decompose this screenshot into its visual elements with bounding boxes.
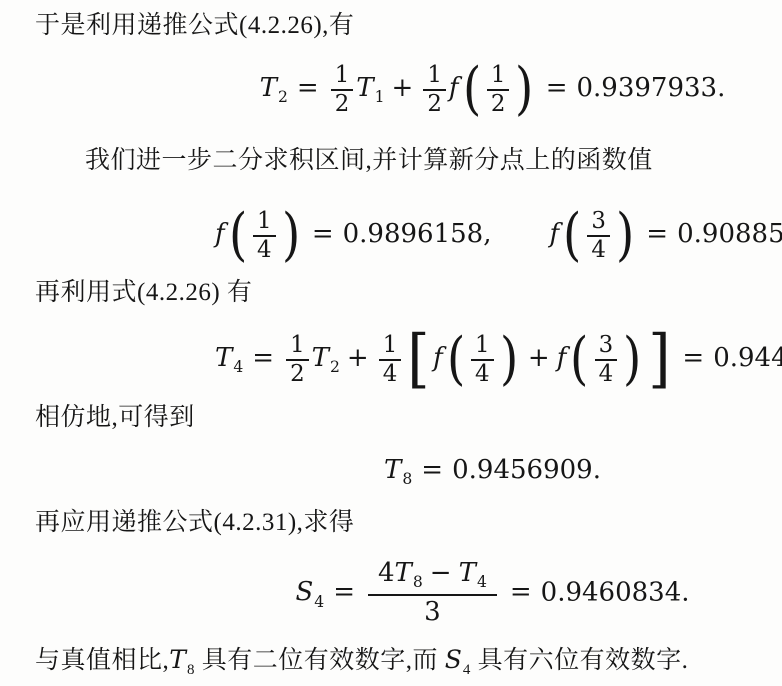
- fraction-denominator: 3: [368, 596, 497, 628]
- equals-sign: =: [297, 73, 319, 103]
- math-value: 0.9896158,: [343, 219, 492, 249]
- math-var: T: [459, 558, 476, 588]
- fraction-denominator: 4: [595, 361, 618, 386]
- fraction-one-quarter: 14: [379, 332, 402, 386]
- fraction-numerator: 3: [595, 332, 618, 361]
- math-function-f: f: [549, 219, 559, 249]
- paragraph-similarly: 相仿地,可得到: [35, 400, 770, 436]
- math-var: T: [312, 343, 329, 373]
- conclusion-text: 与真值相比,: [35, 647, 169, 674]
- math-subscript: 4: [314, 593, 324, 611]
- math-term-T8: T8: [384, 455, 412, 485]
- fraction-denominator: 2: [286, 361, 309, 386]
- paragraph-bisect-interval: 我们进一步二分求积区间,并计算新分点上的函数值: [35, 143, 770, 179]
- equals-sign: =: [333, 577, 355, 607]
- plus-sign: +: [347, 343, 369, 373]
- minus-sign: −: [430, 558, 452, 588]
- math-subscript: 4: [233, 358, 243, 376]
- fraction-numerator: 1: [331, 62, 354, 91]
- paragraph-conclusion: 与真值相比,T8 具有二位有效数字,而 S4 具有六位有效数字.: [35, 642, 770, 679]
- fraction-numerator: 1: [471, 332, 494, 361]
- equals-sign: =: [646, 219, 668, 249]
- math-value: 0.9397933.: [576, 73, 725, 103]
- fraction-denominator: 4: [471, 361, 494, 386]
- fraction-denominator: 2: [331, 91, 354, 116]
- math-term-T4: T4: [215, 343, 243, 373]
- equals-sign: =: [510, 577, 532, 607]
- math-term-S4: S4: [295, 577, 324, 607]
- equation-t8: T8=0.9456909.: [215, 452, 770, 488]
- math-value: 0.9456909.: [452, 455, 601, 485]
- fraction-denominator: 2: [487, 91, 510, 116]
- equals-sign: =: [546, 73, 568, 103]
- fraction-one-half: 12: [423, 62, 446, 116]
- math-var: T: [384, 455, 401, 485]
- math-function-f: f: [449, 73, 459, 103]
- plus-sign: +: [392, 73, 414, 103]
- equation-f-values: f(14)=0.9896158,f(34)=0.9088516.: [215, 205, 770, 263]
- equation-s4: S4=4T8−T43=0.9460834.: [215, 559, 770, 628]
- math-value: 0.9088516.: [677, 219, 782, 249]
- fraction-one-half: 12: [331, 62, 354, 116]
- math-var: T: [260, 73, 277, 103]
- equals-sign: =: [312, 219, 334, 249]
- fraction-numerator: 1: [487, 62, 510, 91]
- textbook-page: 于是利用递推公式(4.2.26),有 T2=12T1+12f(12)=0.939…: [35, 8, 770, 679]
- paragraph-intro-recursion: 于是利用递推公式(4.2.26),有: [35, 8, 770, 44]
- fraction-numerator: 1: [286, 332, 309, 361]
- math-var-S: S: [445, 645, 462, 674]
- math-function-f: f: [557, 343, 567, 373]
- conclusion-text: 具有二位有效数字,而: [195, 647, 445, 674]
- math-subscript: 4: [463, 662, 471, 678]
- math-var: T: [395, 558, 412, 588]
- fraction-one-half: 12: [487, 62, 510, 116]
- equals-sign: =: [421, 455, 443, 485]
- math-value: 0.9445135.: [713, 343, 782, 373]
- equation-t4: T4=12T2+14[f(14)+f(34)]=0.9445135.: [215, 329, 770, 387]
- plus-sign: +: [528, 343, 550, 373]
- math-var-T: T: [169, 645, 186, 674]
- conclusion-text: 具有六位有效数字.: [471, 647, 689, 674]
- math-function-f: f: [433, 343, 443, 373]
- fraction-denominator: 4: [379, 361, 402, 386]
- math-subscript: 1: [375, 88, 385, 106]
- fraction-numerator: 3: [587, 208, 610, 237]
- fraction-one-quarter: 14: [471, 332, 494, 386]
- fraction-denominator: 2: [423, 91, 446, 116]
- fraction-romberg: 4T8−T43: [368, 559, 497, 628]
- math-subscript: 4: [477, 573, 487, 591]
- paragraph-use-formula-again: 再利用式(4.2.26) 有: [35, 275, 770, 311]
- fraction-numerator: 1: [379, 332, 402, 361]
- math-value: 0.9460834.: [541, 577, 690, 607]
- math-subscript: 2: [330, 358, 340, 376]
- fraction-one-half: 12: [286, 332, 309, 386]
- equals-sign: =: [252, 343, 274, 373]
- math-var: T: [356, 73, 373, 103]
- fraction-three-quarters: 34: [587, 208, 610, 262]
- fraction-numerator: 4T8−T4: [368, 559, 497, 596]
- math-term-T2: T2: [312, 343, 340, 373]
- fraction-denominator: 4: [587, 237, 610, 262]
- math-subscript: 8: [402, 470, 412, 488]
- math-var: T: [215, 343, 232, 373]
- equation-t2: T2=12T1+12f(12)=0.9397933.: [215, 59, 770, 117]
- fraction-one-quarter: 14: [253, 208, 276, 262]
- fraction-numerator: 1: [253, 208, 276, 237]
- math-subscript: 8: [413, 573, 423, 591]
- math-term-T2: T2: [260, 73, 288, 103]
- math-subscript: 2: [278, 88, 288, 106]
- paragraph-apply-romberg: 再应用递推公式(4.2.31),求得: [35, 505, 770, 541]
- fraction-three-quarters: 34: [595, 332, 618, 386]
- equals-sign: =: [682, 343, 704, 373]
- math-function-f: f: [215, 219, 225, 249]
- math-coefficient: 4: [378, 558, 395, 588]
- math-term-T1: T1: [356, 73, 384, 103]
- fraction-denominator: 4: [253, 237, 276, 262]
- math-subscript: 8: [187, 662, 195, 678]
- math-var: S: [295, 577, 313, 607]
- fraction-numerator: 1: [423, 62, 446, 91]
